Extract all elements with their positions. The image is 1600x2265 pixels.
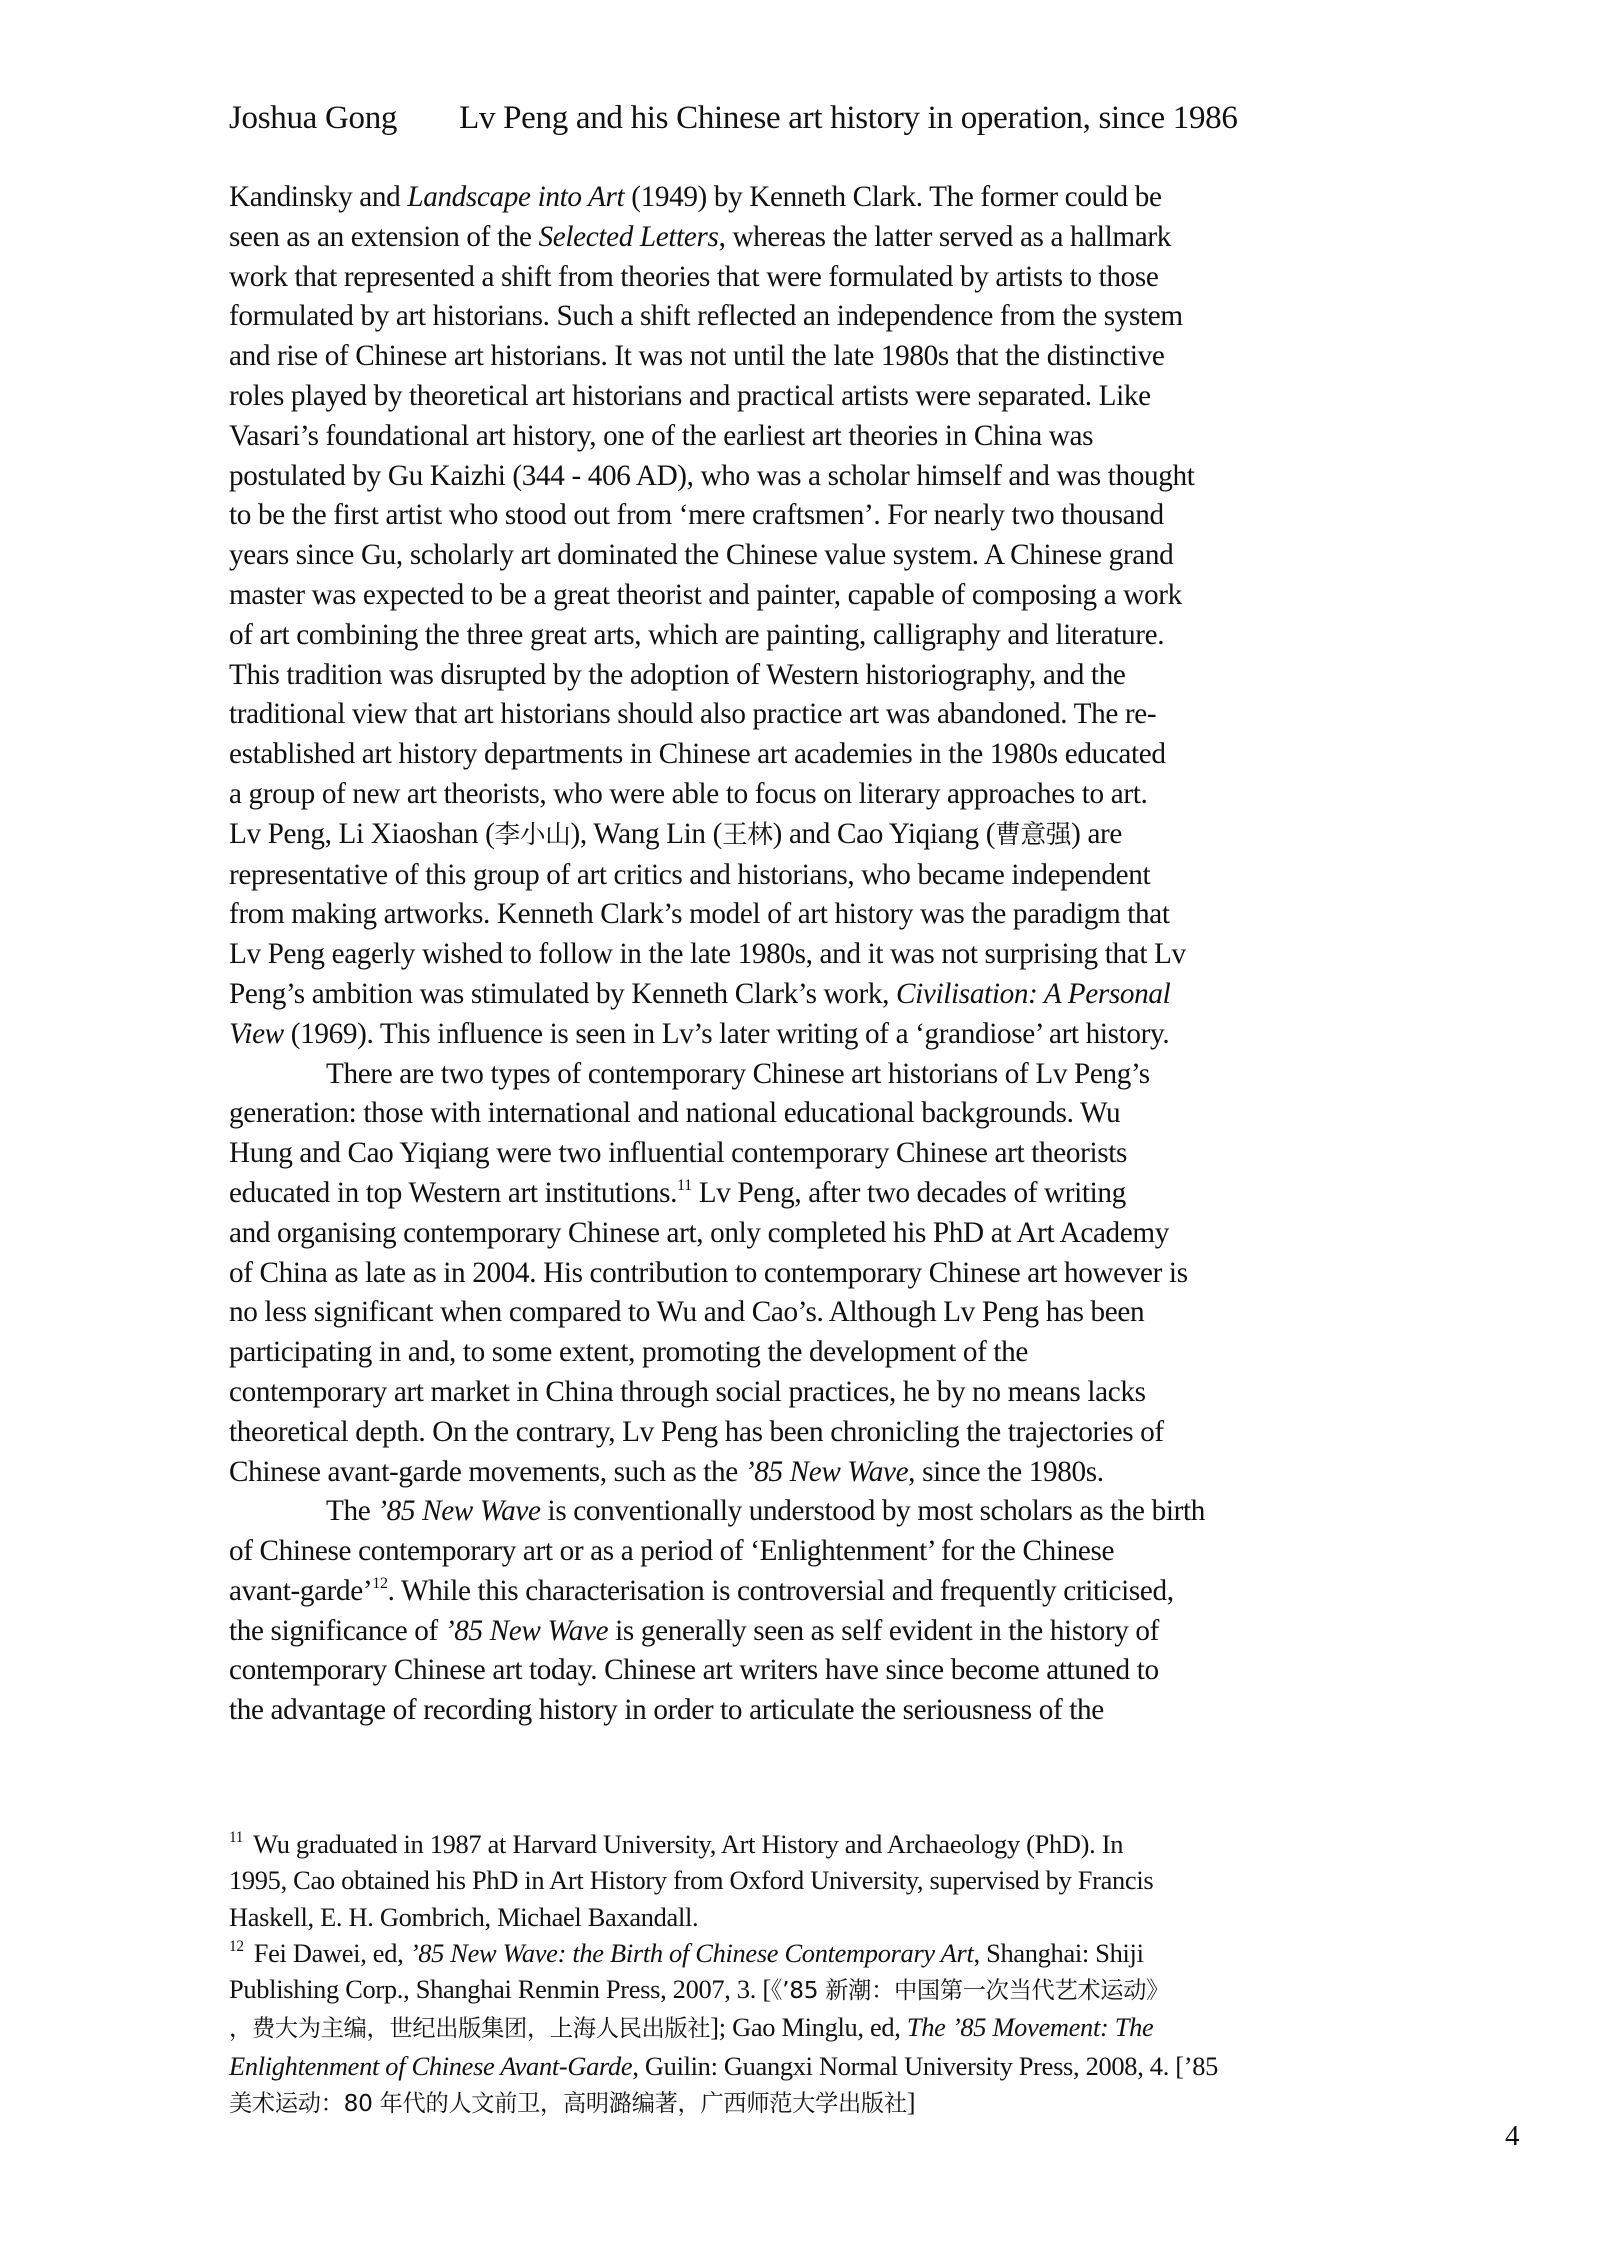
chinese-text: 王林 (722, 820, 773, 850)
italic-title: ’85 New Wave (377, 1495, 540, 1527)
text-run: The (326, 1495, 377, 1527)
chinese-text: 李小山 (494, 820, 570, 850)
italic-title: Landscape into Art (407, 181, 624, 213)
paragraph: The ’85 New Wave is conventionally under… (229, 1492, 1334, 1731)
text-line: from making artworks. Kenneth Clark’s mo… (229, 895, 1334, 935)
text-run: of China as late as in 2004. His contrib… (229, 1257, 1188, 1289)
page-number: 4 (1505, 2118, 1520, 2154)
text-run: to be the first artist who stood out fro… (229, 499, 1164, 531)
footnote-ref: 11 (677, 1177, 692, 1194)
text-run: avant-garde’ (229, 1575, 372, 1607)
text-line: years since Gu, scholarly art dominated … (229, 536, 1334, 576)
text-line: View (1969). This influence is seen in L… (229, 1015, 1334, 1055)
text-line: the advantage of recording history in or… (229, 1691, 1334, 1731)
text-run: and rise of Chinese art historians. It w… (229, 340, 1164, 372)
text-line: established art history departments in C… (229, 735, 1334, 775)
text-run: Haskell, E. H. Gombrich, Michael Baxanda… (229, 1902, 698, 1932)
text-line: contemporary art market in China through… (229, 1373, 1334, 1413)
text-run: . While this characterisation is controv… (388, 1575, 1174, 1607)
text-line: educated in top Western art institutions… (229, 1174, 1334, 1214)
text-run: from making artworks. Kenneth Clark’s mo… (229, 898, 1170, 930)
text-run: and organising contemporary Chinese art,… (229, 1217, 1169, 1249)
text-line: generation: those with international and… (229, 1094, 1334, 1134)
text-run: Publishing Corp., Shanghai Renmin Press,… (229, 1974, 771, 2004)
text-line: avant-garde’12. While this characterisat… (229, 1572, 1334, 1612)
text-line: work that represented a shift from theor… (229, 258, 1334, 298)
text-run: generation: those with international and… (229, 1097, 1120, 1129)
text-line: There are two types of contemporary Chin… (229, 1055, 1334, 1095)
text-line: no less significant when compared to Wu … (229, 1293, 1334, 1333)
text-run: representative of this group of art crit… (229, 859, 1150, 891)
italic-title: Enlightenment of Chinese Avant-Garde (229, 2051, 632, 2081)
text-line: of China as late as in 2004. His contrib… (229, 1254, 1334, 1294)
italic-title: ’85 New Wave (445, 1615, 608, 1647)
text-line: traditional view that art historians sho… (229, 695, 1334, 735)
text-run: ] (907, 2087, 916, 2117)
italic-title: View (229, 1018, 284, 1050)
text-line: formulated by art historians. Such a shi… (229, 297, 1334, 337)
paragraph: There are two types of contemporary Chin… (229, 1055, 1334, 1493)
text-run: educated in top Western art institutions… (229, 1177, 677, 1209)
text-run: master was expected to be a great theori… (229, 579, 1182, 611)
text-run: Hung and Cao Yiqiang were two influentia… (229, 1137, 1127, 1169)
text-run: work that represented a shift from theor… (229, 261, 1158, 293)
text-run: Kandinsky and (229, 181, 407, 213)
text-run: Lv Peng eagerly wished to follow in the … (229, 938, 1186, 970)
text-run: the significance of (229, 1615, 445, 1647)
text-run: established art history departments in C… (229, 738, 1166, 770)
text-run: Lv Peng, after two decades of writing (692, 1177, 1126, 1209)
text-line: and rise of Chinese art historians. It w… (229, 337, 1334, 377)
text-line: of Chinese contemporary art or as a peri… (229, 1532, 1334, 1572)
text-line: This tradition was disrupted by the adop… (229, 656, 1334, 696)
text-line: Vasari’s foundational art history, one o… (229, 417, 1334, 457)
text-run: ) and Cao Yiqiang ( (773, 818, 995, 850)
text-run: traditional view that art historians sho… (229, 698, 1156, 730)
text-line: contemporary Chinese art today. Chinese … (229, 1651, 1334, 1691)
text-run: , since the 1980s. (908, 1456, 1104, 1488)
text-line: master was expected to be a great theori… (229, 576, 1334, 616)
footnote-line: 11Wu graduated in 1987 at Harvard Univer… (229, 1826, 1334, 1862)
text-run: contemporary Chinese art today. Chinese … (229, 1654, 1159, 1686)
text-run: 1995, Cao obtained his PhD in Art Histor… (229, 1865, 1153, 1895)
header-author: Joshua Gong (229, 100, 397, 136)
italic-title: Selected Letters (539, 221, 719, 253)
footnote-line: Haskell, E. H. Gombrich, Michael Baxanda… (229, 1899, 1334, 1935)
text-line: Chinese avant-garde movements, such as t… (229, 1453, 1334, 1493)
text-run: , Guilin: Guangxi Normal University Pres… (632, 2051, 1218, 2081)
text-run: of art combining the three great arts, w… (229, 619, 1164, 651)
text-run: seen as an extension of the (229, 221, 539, 253)
text-run: roles played by theoretical art historia… (229, 380, 1151, 412)
text-line: postulated by Gu Kaizhi (344 - 406 AD), … (229, 457, 1334, 497)
text-line: roles played by theoretical art historia… (229, 377, 1334, 417)
italic-title: ’85 New Wave: the Birth of Chinese Conte… (410, 1938, 974, 1968)
text-run: is conventionally understood by most sch… (541, 1495, 1205, 1527)
chinese-text: ，费大为主编，世纪出版集团，上海人民出版社 (229, 2015, 710, 2042)
footnote-line: ，费大为主编，世纪出版集团，上海人民出版社]; Gao Minglu, ed, … (229, 2009, 1334, 2047)
text-run: ]; Gao Minglu, ed, (710, 2012, 907, 2042)
text-line: of art combining the three great arts, w… (229, 616, 1334, 656)
text-line: Lv Peng, Li Xiaoshan (李小山), Wang Lin (王林… (229, 815, 1334, 856)
text-run: Vasari’s foundational art history, one o… (229, 420, 1093, 452)
italic-title: Civilisation: A Personal (896, 978, 1170, 1010)
text-run: Chinese avant-garde movements, such as t… (229, 1456, 745, 1488)
header-title: Lv Peng and his Chinese art history in o… (459, 100, 1237, 136)
text-run: formulated by art historians. Such a shi… (229, 300, 1183, 332)
footnote-line: 1995, Cao obtained his PhD in Art Histor… (229, 1862, 1334, 1898)
footnote-11: 11Wu graduated in 1987 at Harvard Univer… (229, 1826, 1334, 1935)
text-run: , whereas the latter served as a hallmar… (719, 221, 1171, 253)
text-run: contemporary art market in China through… (229, 1376, 1146, 1408)
text-run: Lv Peng, Li Xiaoshan ( (229, 818, 494, 850)
footnote-line: Enlightenment of Chinese Avant-Garde, Gu… (229, 2048, 1334, 2084)
text-run: There are two types of contemporary Chin… (326, 1058, 1150, 1090)
text-run: is generally seen as self evident in the… (608, 1615, 1159, 1647)
footnotes: 11Wu graduated in 1987 at Harvard Univer… (229, 1826, 1334, 2122)
text-line: representative of this group of art crit… (229, 856, 1334, 896)
footnote-number: 12 (229, 1938, 244, 1955)
footnote-line: 12Fei Dawei, ed, ’85 New Wave: the Birth… (229, 1935, 1334, 1971)
text-run: the advantage of recording history in or… (229, 1694, 1104, 1726)
text-line: the significance of ’85 New Wave is gene… (229, 1612, 1334, 1652)
footnote-number: 11 (229, 1829, 243, 1846)
text-run: a group of new art theorists, who were a… (229, 778, 1147, 810)
footnote-line: Publishing Corp., Shanghai Renmin Press,… (229, 1971, 1334, 2009)
text-run: This tradition was disrupted by the adop… (229, 659, 1126, 691)
text-line: theoretical depth. On the contrary, Lv P… (229, 1413, 1334, 1453)
italic-title: ’85 New Wave (745, 1456, 908, 1488)
chinese-text: 曹意强 (995, 820, 1071, 850)
italic-title: The ’85 Movement: The (907, 2012, 1154, 2042)
text-run: ) are (1071, 818, 1122, 850)
text-run: Peng’s ambition was stimulated by Kennet… (229, 978, 896, 1010)
text-line: seen as an extension of the Selected Let… (229, 218, 1334, 258)
text-line: Hung and Cao Yiqiang were two influentia… (229, 1134, 1334, 1174)
text-run: Fei Dawei, ed, (254, 1938, 410, 1968)
footnote-line: 美术运动：80 年代的人文前卫，高明潞编著，广西师范大学出版社] (229, 2084, 1334, 2122)
text-line: Peng’s ambition was stimulated by Kennet… (229, 975, 1334, 1015)
body-text: Kandinsky and Landscape into Art (1949) … (229, 178, 1334, 1731)
text-run: ), Wang Lin ( (571, 818, 722, 850)
footnote-ref: 12 (372, 1575, 387, 1592)
text-line: Kandinsky and Landscape into Art (1949) … (229, 178, 1334, 218)
text-line: and organising contemporary Chinese art,… (229, 1214, 1334, 1254)
text-run: participating in and, to some extent, pr… (229, 1336, 1028, 1368)
text-run: no less significant when compared to Wu … (229, 1296, 1144, 1328)
text-run: (1949) by Kenneth Clark. The former coul… (624, 181, 1161, 213)
footnote-12: 12Fei Dawei, ed, ’85 New Wave: the Birth… (229, 1935, 1334, 2122)
text-line: to be the first artist who stood out fro… (229, 496, 1334, 536)
text-run: (1969). This influence is seen in Lv’s l… (284, 1018, 1170, 1050)
text-run: , Shanghai: Shiji (973, 1938, 1143, 1968)
text-line: participating in and, to some extent, pr… (229, 1333, 1334, 1373)
paragraph: Kandinsky and Landscape into Art (1949) … (229, 178, 1334, 1055)
running-header: Joshua GongLv Peng and his Chinese art h… (229, 96, 1238, 140)
chinese-text: 美术运动：80 年代的人文前卫，高明潞编著，广西师范大学出版社 (229, 2090, 907, 2117)
text-run: years since Gu, scholarly art dominated … (229, 539, 1173, 571)
text-run: theoretical depth. On the contrary, Lv P… (229, 1416, 1164, 1448)
document-page: Joshua GongLv Peng and his Chinese art h… (0, 0, 1600, 2265)
text-run: postulated by Gu Kaizhi (344 - 406 AD), … (229, 460, 1194, 492)
text-run: of Chinese contemporary art or as a peri… (229, 1535, 1114, 1567)
text-line: Lv Peng eagerly wished to follow in the … (229, 935, 1334, 975)
chinese-text: 《’85 新潮：中国第一次当代艺术运动》 (771, 1977, 1169, 2004)
text-line: a group of new art theorists, who were a… (229, 775, 1334, 815)
text-line: The ’85 New Wave is conventionally under… (229, 1492, 1334, 1532)
text-run: Wu graduated in 1987 at Harvard Universi… (253, 1829, 1123, 1859)
